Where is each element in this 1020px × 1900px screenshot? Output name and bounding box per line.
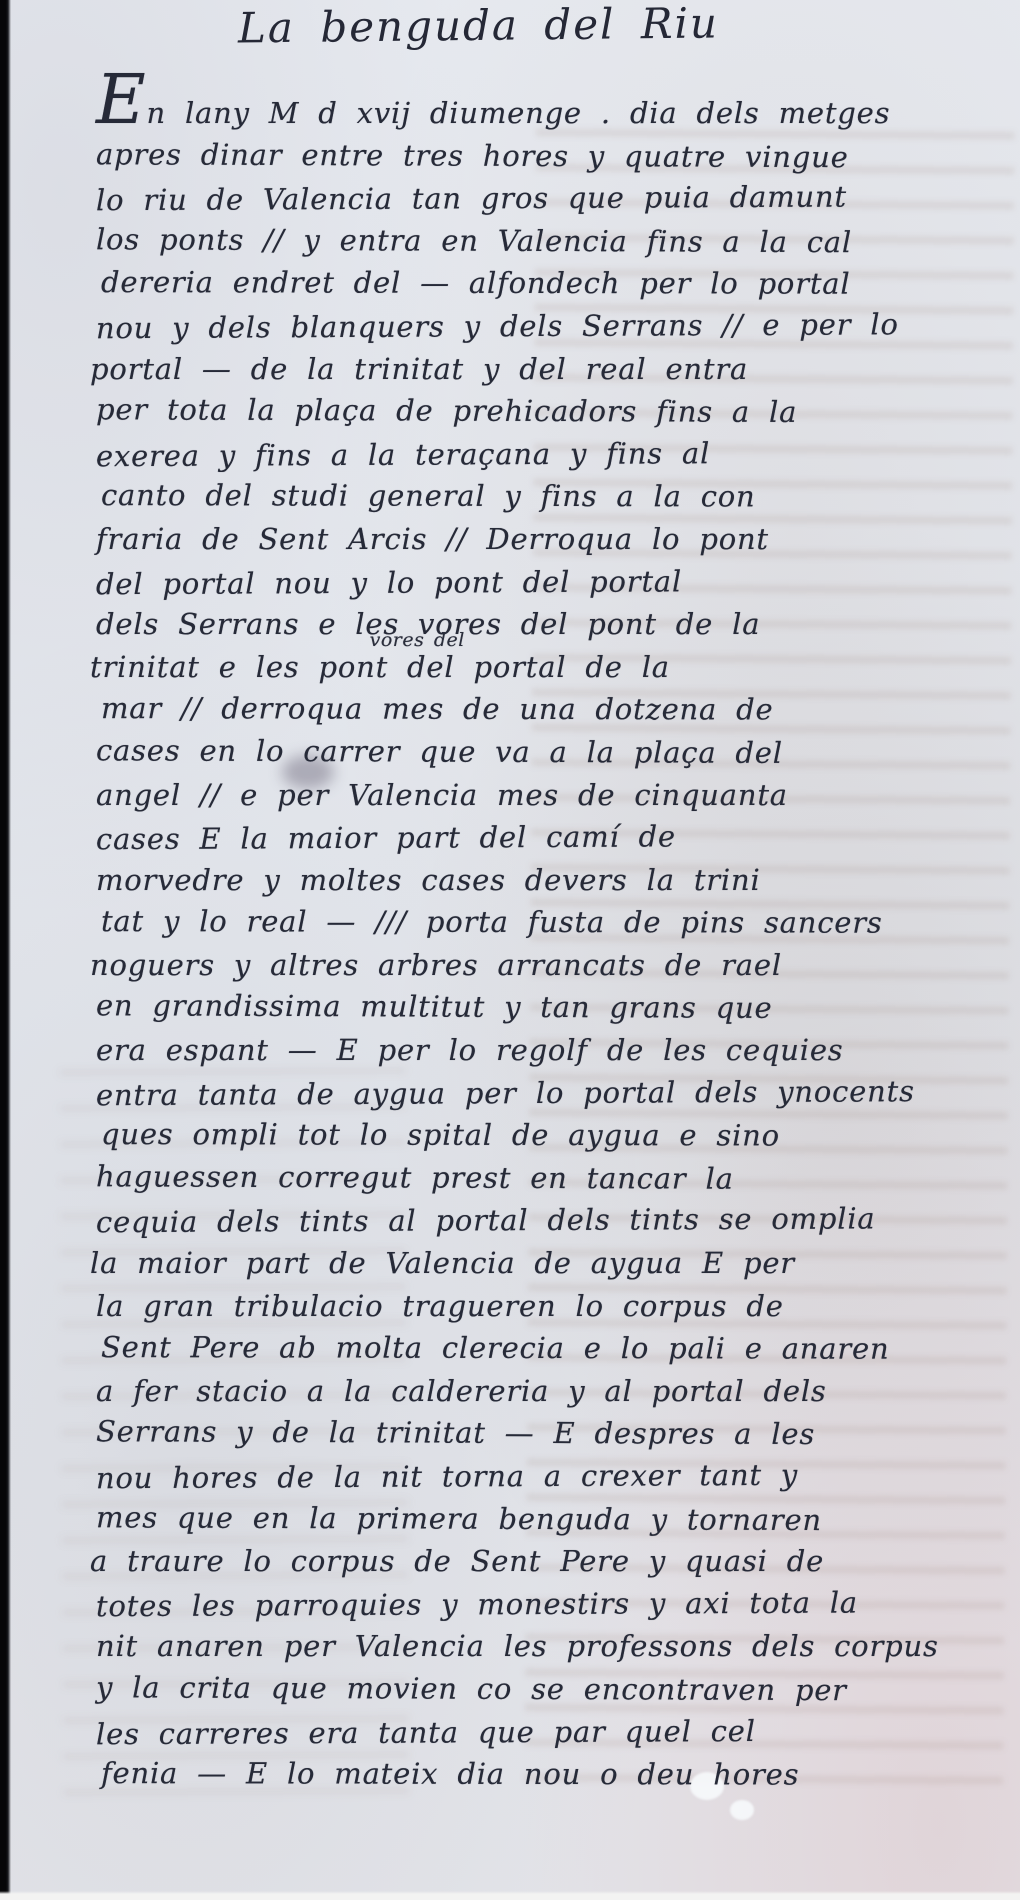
- manuscript-line: cases en lo carrer que va a la plaça del: [96, 729, 998, 775]
- manuscript-line: cequia dels tints al portal dels tints s…: [96, 1197, 998, 1244]
- manuscript-line: angel // e per Valencia mes de cinquanta: [96, 774, 998, 817]
- manuscript-line: a fer stacio a la caldereria y al portal…: [96, 1370, 998, 1413]
- manuscript-line: lo riu de Valencia tan gros que puia dam…: [96, 175, 998, 222]
- manuscript-line: per tota la plaça de prehicadors fins a …: [96, 388, 998, 434]
- manuscript-line: nou hores de la nit torna a crexer tant …: [96, 1453, 998, 1500]
- manuscript-line: mes que en la primera benguda y tornaren: [96, 1496, 998, 1542]
- manuscript-line: En lany M d xvij diumenge . dia dels met…: [96, 84, 998, 135]
- manuscript-line: nit anaren per Valencia les professons d…: [96, 1625, 998, 1668]
- manuscript-line: la gran tribulacio tragueren lo corpus d…: [96, 1285, 998, 1328]
- paper-spot: [730, 1800, 754, 1820]
- manuscript-line: morvedre y moltes cases devers la trini: [96, 859, 998, 902]
- manuscript-line: los ponts // y entra en Valencia fins a …: [96, 218, 998, 264]
- manuscript-title: La benguda del Riu: [238, 0, 898, 52]
- manuscript-line: dels Serrans e les vores del pont de la: [96, 603, 998, 646]
- manuscript-page: La benguda del Riu En lany M d xvij dium…: [0, 0, 1020, 1900]
- manuscript-line: era espant — E per lo regolf de les cequ…: [96, 1029, 998, 1072]
- manuscript-line: les carreres era tanta que par quel cel: [96, 1708, 998, 1755]
- manuscript-line: apres dinar entre tres hores y quatre vi…: [96, 133, 998, 179]
- manuscript-line: ques ompli tot lo spital de aygua e sino: [101, 1113, 1003, 1157]
- manuscript-line: totes les parroquies y monestirs y axi t…: [96, 1581, 998, 1628]
- manuscript-line: y la crita que movien co se encontraven …: [96, 1666, 998, 1712]
- page-left-edge: [0, 0, 11, 1900]
- manuscript-line: del portal nou y lo pont del portal: [96, 558, 998, 605]
- manuscript-line: Sent Pere ab molta clerecia e lo pali e …: [101, 1326, 1003, 1370]
- manuscript-line: Serrans y de la trinitat — E despres a l…: [96, 1411, 998, 1457]
- manuscript-line: haguessen corregut prest en tancar la: [96, 1155, 998, 1201]
- manuscript-body: En lany M d xvij diumenge . dia dels met…: [96, 84, 998, 1796]
- manuscript-line: dereria endret del — alfondech per lo po…: [101, 261, 1003, 305]
- manuscript-line: a traure lo corpus de Sent Pere y quasi …: [90, 1540, 992, 1583]
- manuscript-line: cases E la maior part del camí de: [96, 814, 998, 861]
- manuscript-line: mar // derroqua mes de una dotzena de: [101, 687, 1003, 731]
- manuscript-line: portal — de la trinitat y del real entra: [90, 348, 992, 391]
- manuscript-line: en grandissima multitut y tan grans que: [96, 985, 998, 1031]
- interlinear-insertion: vores del: [370, 631, 465, 650]
- manuscript-line: tat y lo real — /// porta fusta de pins …: [101, 900, 1003, 944]
- manuscript-line: noguers y altres arbres arrancats de rae…: [90, 944, 992, 987]
- manuscript-line: la maior part de Valencia de aygua E per: [90, 1242, 992, 1285]
- manuscript-line: fraria de Sent Arcis // Derroqua lo pont: [96, 518, 998, 561]
- manuscript-line: fenia — E lo mateix dia nou o deu hores: [101, 1752, 1003, 1796]
- manuscript-line: exerea y fins a la teraçana y fins al: [96, 431, 998, 478]
- manuscript-line: entra tanta de aygua per lo portal dels …: [96, 1069, 998, 1116]
- manuscript-line: vores deltrinitat e les pont del portal …: [90, 646, 992, 689]
- page-bottom-edge: [0, 1891, 1020, 1900]
- manuscript-line: canto del studi general y fins a la con: [101, 474, 1003, 518]
- manuscript-line: nou y dels blanquers y dels Serrans // e…: [96, 303, 998, 350]
